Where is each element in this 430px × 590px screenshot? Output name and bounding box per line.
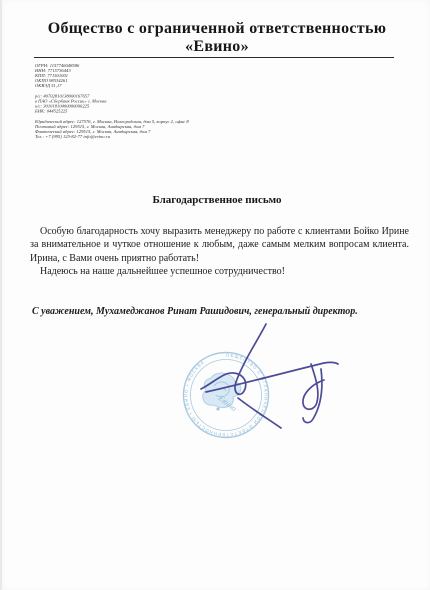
requisite-line: Тел.: +7 (995) 125-82-77 info@evino.ru bbox=[35, 134, 315, 139]
handwritten-signature bbox=[172, 312, 357, 437]
requisite-line: БИК: 044525225 bbox=[35, 109, 315, 114]
company-title: Общество с ограниченной ответственностью… bbox=[2, 20, 430, 56]
letter-body: Особую благодарность хочу выразить менед… bbox=[30, 225, 409, 279]
company-title-line2: «Евино» bbox=[2, 38, 430, 56]
company-title-line1: Общество с ограниченной ответственностью bbox=[2, 20, 430, 38]
signature-stroke bbox=[303, 369, 322, 423]
letter-heading: Благодарственное письмо bbox=[2, 194, 430, 206]
address-requisites: Юридический адрес: 127576, г. Москва, Но… bbox=[35, 119, 315, 139]
letter-page: Общество с ограниченной ответственностью… bbox=[0, 0, 430, 590]
body-paragraph-2: Надеюсь на наше дальнейшее успешное сотр… bbox=[30, 265, 409, 278]
title-divider bbox=[34, 57, 394, 58]
registration-requisites: ОГРН: 1157746048586 ИНН: 7715736443 КПП:… bbox=[35, 63, 315, 88]
body-paragraph-1: Особую благодарность хочу выразить менед… bbox=[30, 225, 409, 265]
signature-stroke bbox=[201, 324, 266, 394]
company-requisites: ОГРН: 1157746048586 ИНН: 7715736443 КПП:… bbox=[35, 63, 315, 145]
requisite-line: ОКВЭД 51,17 bbox=[35, 83, 315, 88]
signature-stroke bbox=[238, 398, 281, 428]
bank-requisites: р/с: 40702810138000167657 в ПАО «Сбербан… bbox=[35, 94, 315, 114]
